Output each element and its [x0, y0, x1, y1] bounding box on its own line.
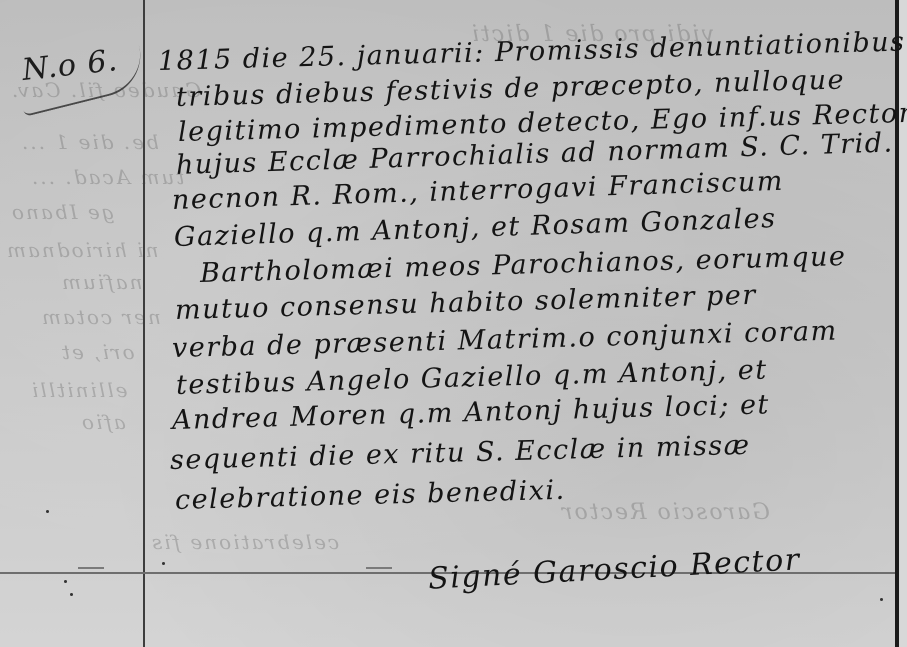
ink-speck — [880, 598, 883, 601]
ink-speck — [162, 562, 165, 565]
ink-speck — [46, 510, 49, 513]
register-page: vidi pro die 1 dicti Gaudeo fil. Cav. be… — [0, 0, 907, 647]
ink-speck — [70, 593, 73, 596]
entry-line: sequenti die ex ritu S. Ecclæ in missæ — [170, 430, 751, 476]
entry-line: celebratione eis benedixi. — [175, 475, 566, 516]
ink-speck — [64, 580, 67, 583]
